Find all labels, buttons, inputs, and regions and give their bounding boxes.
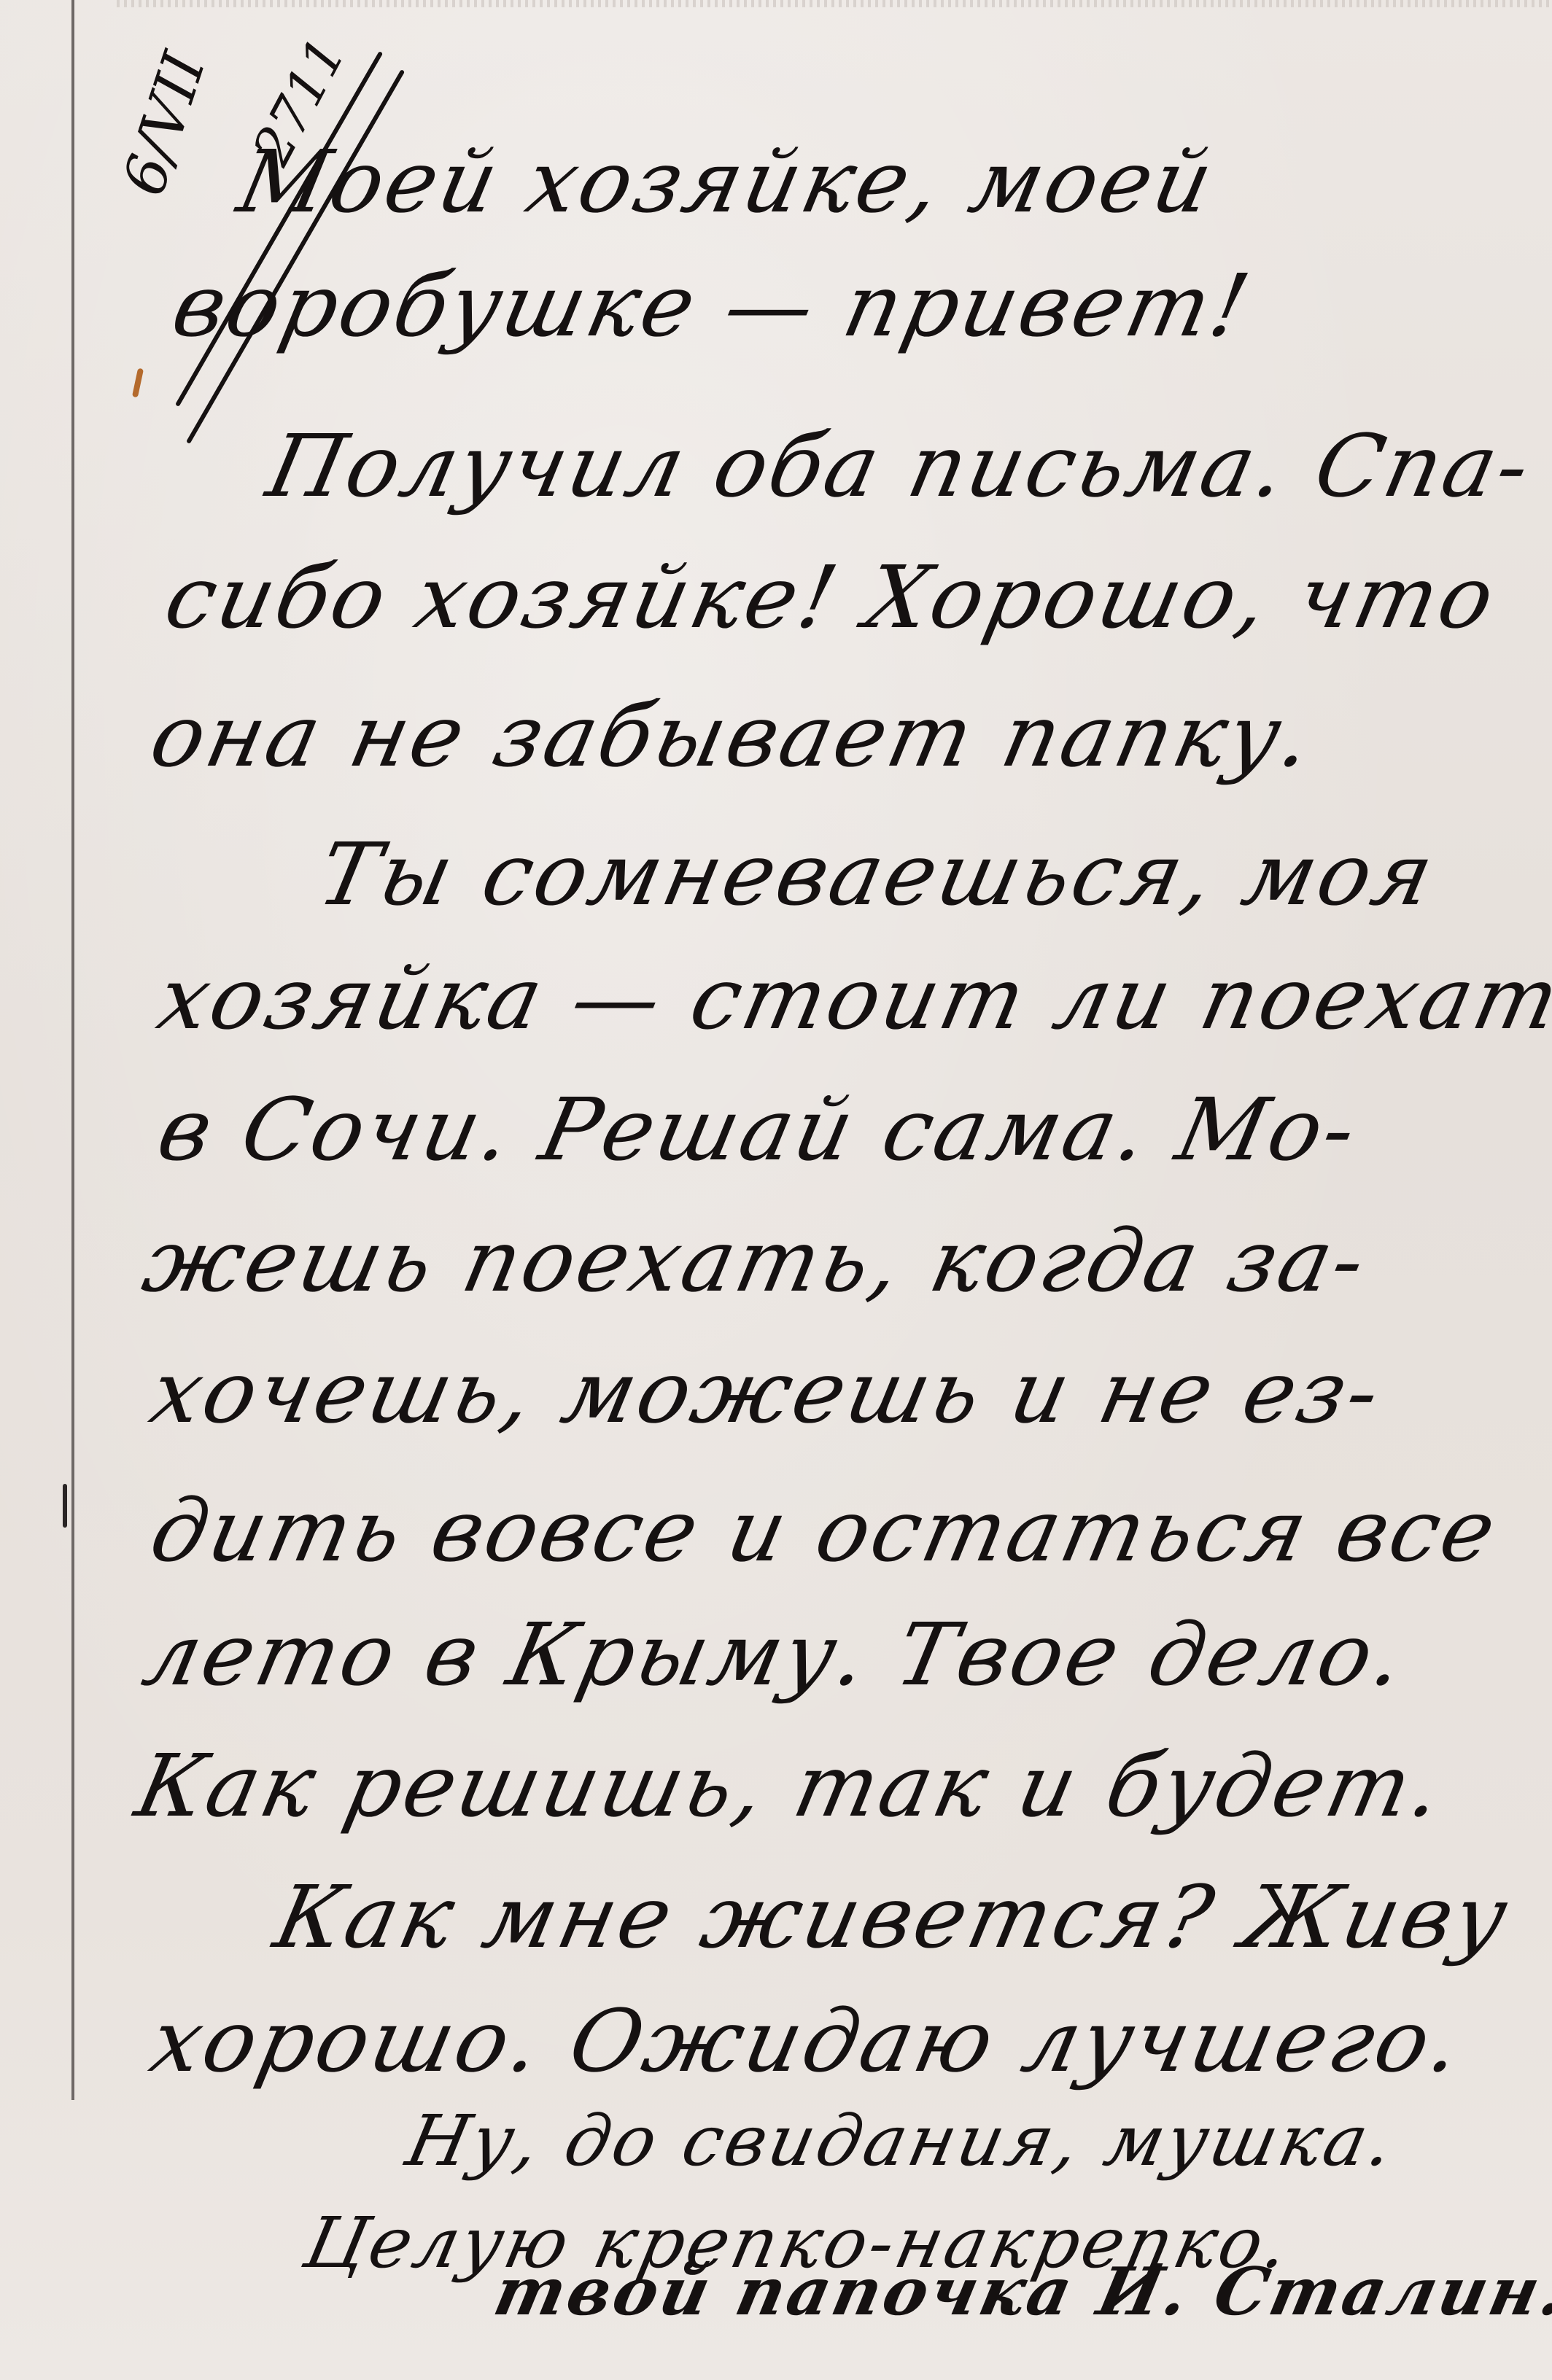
paragraph-line: она не забывает папку. <box>142 685 1323 786</box>
paragraph-line: хочешь, можешь и не ез- <box>142 1342 1391 1442</box>
paragraph-line: хорошо. Ожидаю лучшего. <box>142 1991 1473 2091</box>
closing-line: Ну, до свидания, мушка. <box>400 2100 1403 2182</box>
paragraph-line: Как решишь, так и будет. <box>128 1735 1453 1836</box>
paragraph-line: Ты сомневаешься, моя <box>310 824 1444 925</box>
signature: твой папочка И. Сталин. <box>488 2253 1552 2330</box>
paragraph-line: дить вовсе и остаться все <box>142 1480 1507 1581</box>
paragraph-line: сибо хозяйке! Хорошо, что <box>157 547 1505 647</box>
paragraph-line: жешь поехать, когда за- <box>135 1210 1376 1311</box>
paragraph-line: лето в Крыму. Твое дело. <box>135 1604 1415 1705</box>
paragraph-line: в Сочи. Решай сама. Мо- <box>150 1079 1367 1180</box>
greeting-line: Моей хозяйке, моей <box>230 131 1224 232</box>
paragraph-line: Как мне живется? Живу <box>266 1867 1518 1967</box>
greeting-line: воробушке — привет! <box>164 255 1260 356</box>
paragraph-line: Получил оба письма. Спа- <box>259 416 1541 516</box>
letter-body: Моей хозяйке, моей воробушке — привет! П… <box>0 0 1552 2380</box>
paragraph-line: хозяйка — стоит ли поехать <box>150 948 1552 1049</box>
